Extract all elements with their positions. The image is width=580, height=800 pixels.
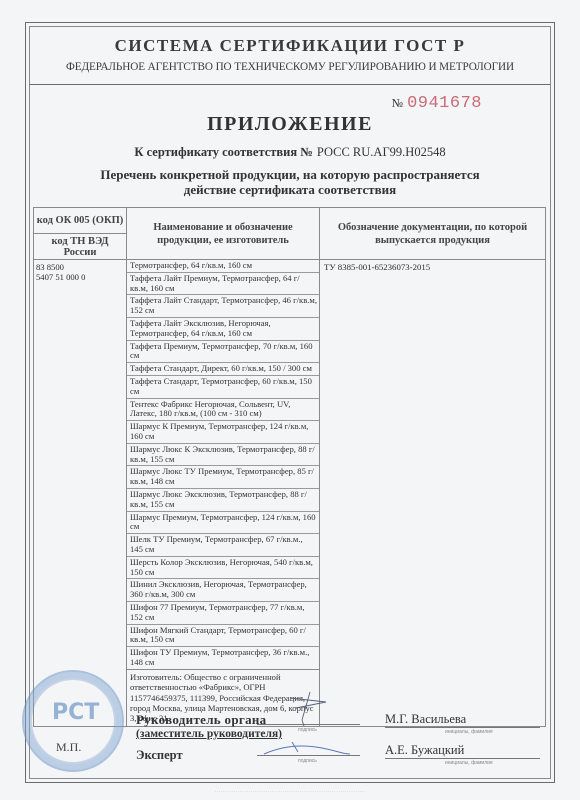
product-item: Шифон 77 Премиум, Термотрансфер, 77 г/кв…	[127, 602, 319, 625]
documentation-cell: ТУ 8385-001-65236073-2015	[320, 260, 546, 727]
product-item: Шармус Люкс ТУ Премиум, Термотрансфер, 8…	[127, 466, 319, 489]
expert-signature-icon	[262, 740, 352, 760]
head-signature-icon	[288, 690, 348, 730]
product-item: Шинил Эксклюзив, Негорючая, Термотрансфе…	[127, 579, 319, 602]
product-item: Шармус К Премиум, Термотрансфер, 124 г/к…	[127, 421, 319, 444]
header-okp-code: код ОК 005 (ОКП)	[34, 208, 127, 234]
form-number: №0941678	[392, 94, 482, 113]
agency-name: ФЕДЕРАЛЬНОЕ АГЕНТСТВО ПО ТЕХНИЧЕСКОМУ РЕ…	[30, 61, 550, 73]
head-name-line	[385, 727, 540, 728]
expert-name: А.Е. Бужацкий	[385, 743, 464, 758]
product-list: Термотрансфер, 64 г/кв.м, 160 смТаффета …	[127, 260, 319, 669]
product-item: Таффета Лайт Эксклюзив, Негорючая, Термо…	[127, 318, 319, 341]
product-item: Шифон Мягкий Стандарт, Термотрансфер, 60…	[127, 625, 319, 648]
product-item: Шармус Люкс Эксклюзив, Термотрансфер, 88…	[127, 489, 319, 512]
expert-label: Эксперт	[136, 748, 183, 763]
expert-name-line	[385, 758, 540, 759]
product-item: Шармус Люкс К Эксклюзив, Термотрансфер, …	[127, 444, 319, 467]
product-table: код ОК 005 (ОКП) Наименование и обозначе…	[33, 207, 546, 727]
certificate-reference: К сертификату соответствия №РОСС RU.АГ99…	[30, 145, 550, 160]
header-divider	[29, 84, 550, 85]
okp-code: 83 8500	[36, 262, 124, 272]
certificate-code: РОСС RU.АГ99.Н02548	[317, 145, 446, 159]
header-product-name: Наименование и обозначение продукции, ее…	[127, 208, 320, 260]
header-tnved-code: код ТН ВЭД России	[34, 234, 127, 260]
table-row: 83 8500 5407 51 000 0 Термотрансфер, 64 …	[34, 260, 546, 670]
certification-system-title: СИСТЕМА СЕРТИФИКАЦИИ ГОСТ Р	[30, 36, 550, 56]
certification-stamp: РСТ	[22, 670, 124, 772]
form-number-value: 0941678	[407, 94, 482, 113]
product-item: Термотрансфер, 64 г/кв.м, 160 см	[127, 260, 319, 273]
name-caption: инициалы, фамилия	[445, 760, 493, 766]
stamp-place-label: М.П.	[56, 740, 81, 755]
product-item: Тентекс Фабрикс Негорючая, Сольвент, UV,…	[127, 399, 319, 422]
deputy-label: (заместитель руководителя)	[136, 728, 282, 740]
tnved-code: 5407 51 000 0	[36, 272, 124, 282]
number-sign: №	[392, 96, 403, 110]
header-documentation: Обозначение документации, по которой вып…	[320, 208, 546, 260]
scope-line-1: Перечень конкретной продукции, на котору…	[30, 167, 550, 182]
head-of-body-label: Руководитель органа	[136, 712, 266, 728]
product-item: Шелк ТУ Премиум, Термотрансфер, 67 г/кв.…	[127, 534, 319, 557]
rst-logo-icon: РСТ	[52, 700, 99, 725]
certificate-reference-label: К сертификату соответствия №	[134, 145, 312, 159]
product-list-cell: Термотрансфер, 64 г/кв.м, 160 смТаффета …	[127, 260, 320, 670]
head-name: М.Г. Васильева	[385, 712, 466, 727]
product-item: Шифон ТУ Премиум, Термотрансфер, 36 г/кв…	[127, 647, 319, 669]
scope-line-2: действие сертификата соответствия	[30, 182, 550, 197]
scope-description: Перечень конкретной продукции, на котору…	[30, 167, 550, 197]
product-item: Таффета Лайт Стандарт, Термотрансфер, 46…	[127, 295, 319, 318]
product-item: Таффета Стандарт, Термотрансфер, 60 г/кв…	[127, 376, 319, 399]
product-item: Таффета Премиум, Термотрансфер, 70 г/кв.…	[127, 341, 319, 364]
product-item: Таффета Стандарт, Директ, 60 г/кв.м, 150…	[127, 363, 319, 376]
product-item: Шерсть Колор Эксклюзив, Негорючая, 540 г…	[127, 557, 319, 580]
name-caption: инициалы, фамилия	[445, 729, 493, 735]
page-title: ПРИЛОЖЕНИЕ	[30, 113, 550, 136]
codes-cell: 83 8500 5407 51 000 0	[34, 260, 127, 727]
print-footer-line: · · · · · · · · · · · · · · · · · · · · …	[60, 790, 520, 794]
product-item: Таффета Лайт Премиум, Термотрансфер, 64 …	[127, 273, 319, 296]
product-item: Шармус Премиум, Термотрансфер, 124 г/кв.…	[127, 512, 319, 535]
